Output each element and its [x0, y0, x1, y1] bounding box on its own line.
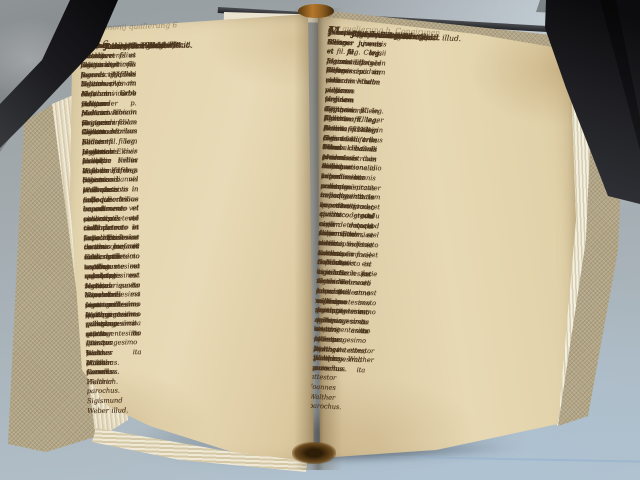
entry-text: Joannes Jacobus Burgunder juvenis et fil…	[80, 39, 143, 416]
headband	[298, 4, 334, 18]
left-page-text: Joannes Neura juvenis et filius legitimu…	[80, 36, 306, 460]
signature: Joseph Burgunder	[104, 40, 173, 51]
right-page-text: Laurentius Gartner juvenis et fil. leg. …	[309, 26, 566, 460]
photo-of-manuscript-book: Matrimonij qualierung 6 qualierung b. Co…	[0, 0, 640, 480]
